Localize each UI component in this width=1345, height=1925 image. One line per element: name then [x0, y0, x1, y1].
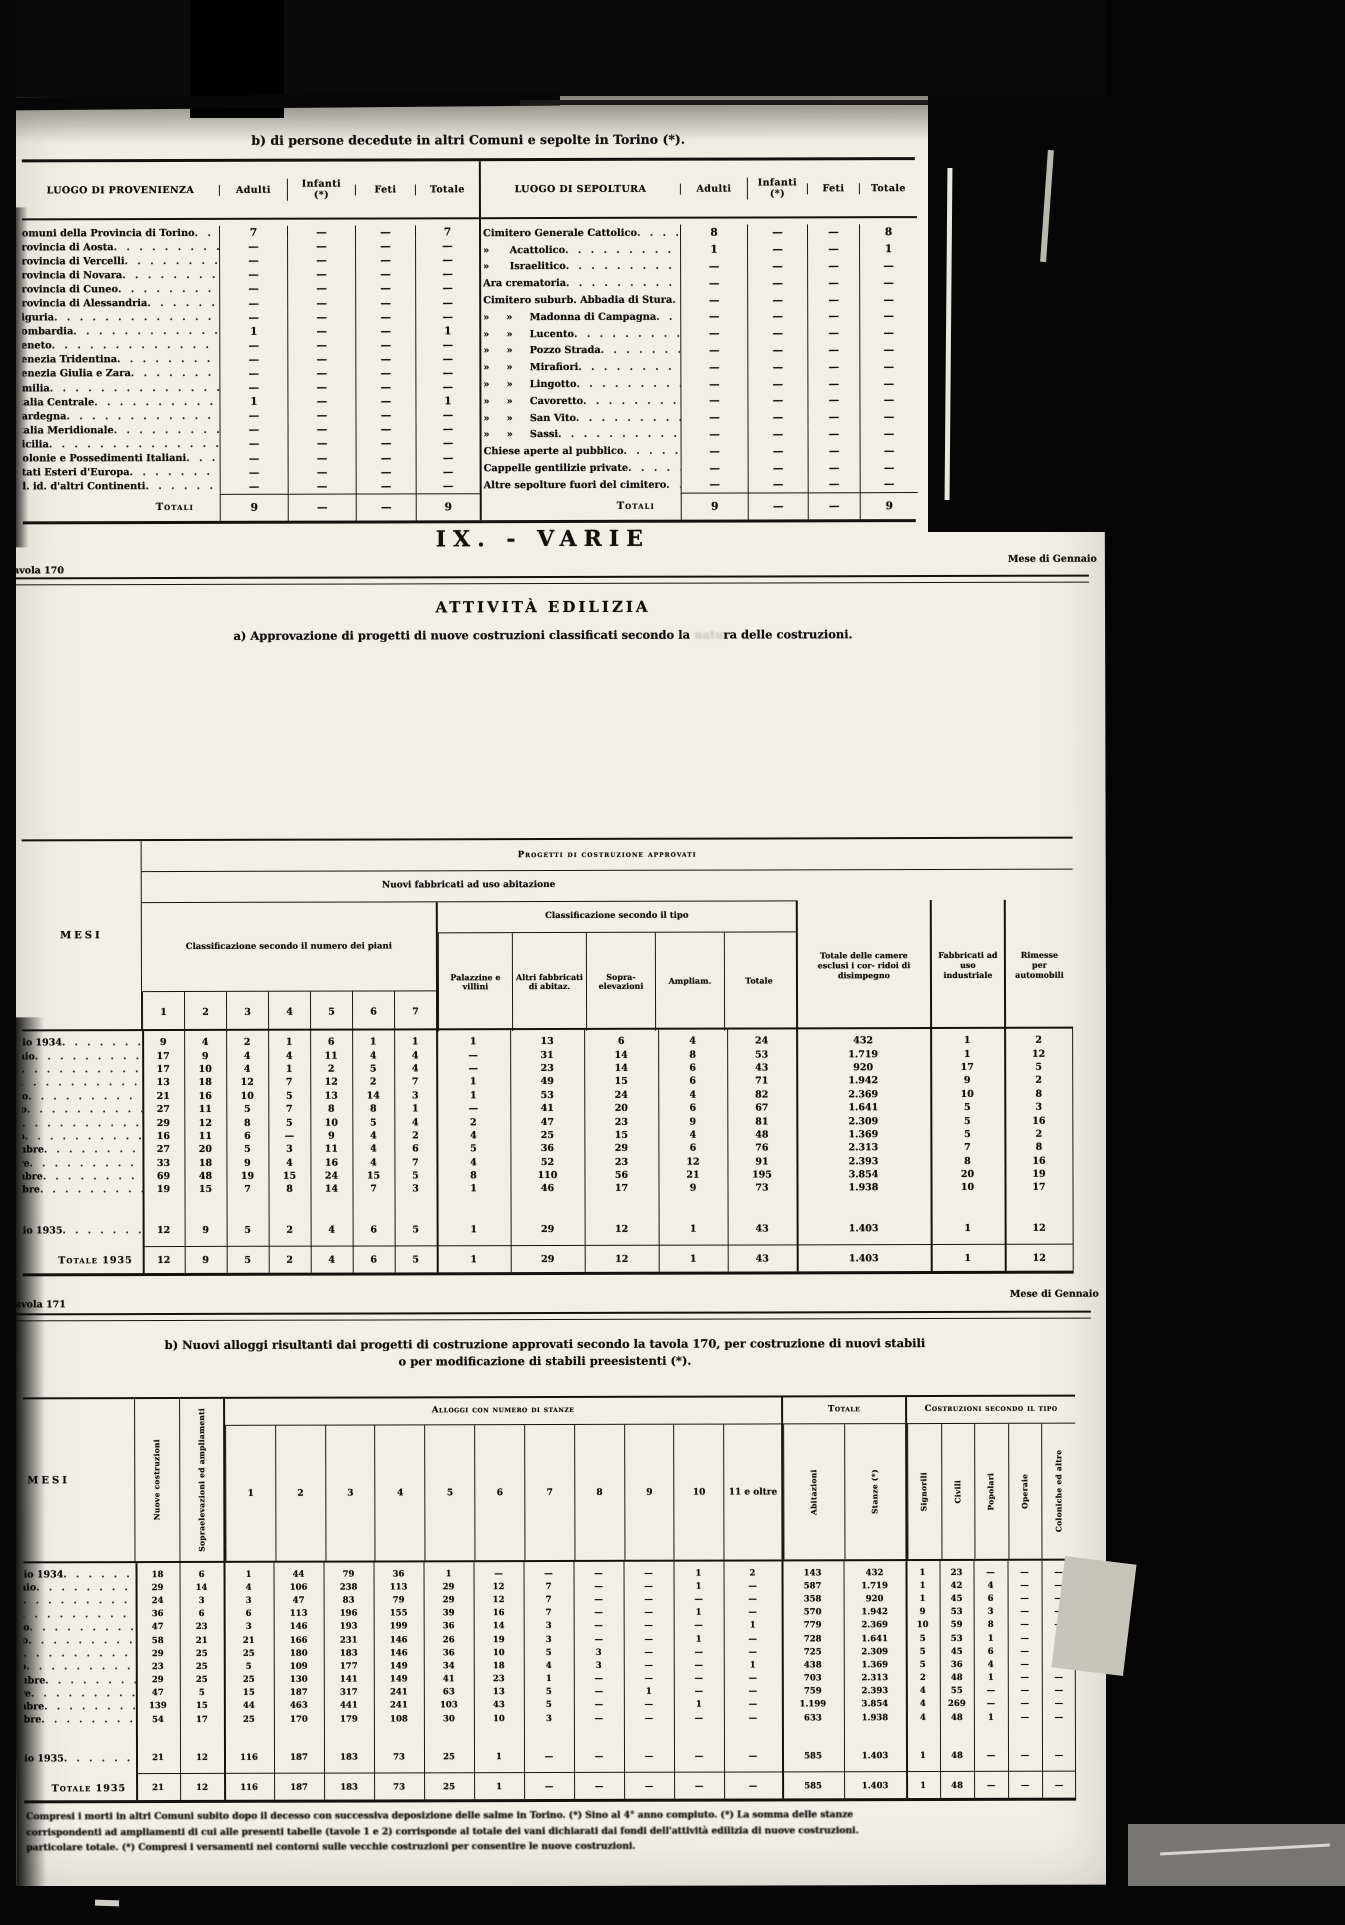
- table-cell: 9: [416, 493, 480, 521]
- month-label: Agosto: [22, 1131, 142, 1142]
- column-line: [135, 1563, 138, 1800]
- row-label: Cimitero Generale Cattolico: [481, 228, 680, 240]
- table-cell: —: [415, 296, 479, 310]
- table-row: Chiese aperte al pubblico ————: [482, 442, 918, 460]
- dot-leader: [50, 382, 220, 393]
- table-row: Provincia di Novara ————: [22, 267, 479, 282]
- table-cell: —: [219, 310, 287, 324]
- dot-leader: [28, 1091, 142, 1102]
- dot-leader: [195, 227, 219, 238]
- table-cell: —: [219, 409, 287, 423]
- dot-leader: [35, 1051, 142, 1062]
- table-cell: —: [748, 492, 808, 520]
- col-totale-camere: Totale delle camere esclusi i cor- ridoi…: [796, 900, 930, 1030]
- table-cell: —: [355, 254, 415, 268]
- table-cell: —: [807, 291, 859, 308]
- table-cell: —: [415, 366, 479, 380]
- table-row: » » Mirafiori ————: [481, 358, 917, 376]
- dot-leader: [36, 1582, 135, 1593]
- table-cell: —: [355, 324, 415, 338]
- row-label: Liguria: [22, 312, 219, 324]
- table-cell: 1: [219, 324, 287, 338]
- dot-leader: [145, 481, 219, 492]
- table-row: » Israelitico ————: [481, 258, 917, 276]
- table-cell: —: [415, 282, 479, 296]
- row-label: Stati Esteri d'Europa: [23, 467, 220, 479]
- table-cell: —: [747, 342, 807, 359]
- dot-leader: [114, 425, 220, 436]
- tavola-171-label: Tavola 171: [12, 1299, 66, 1310]
- dot-leader: [62, 1225, 142, 1236]
- column-line: [310, 1031, 312, 1273]
- row-label: » » Lucento: [481, 328, 680, 340]
- table-cell: —: [219, 282, 287, 296]
- table-cell: —: [807, 375, 859, 392]
- dot-leader: [30, 1158, 143, 1169]
- table-row: » » Madonna di Campagna ————: [481, 308, 917, 326]
- footnotes: Compresi i morti in altri Comuni subito …: [26, 1807, 1066, 1856]
- table-cell: —: [808, 476, 860, 493]
- table-cell: —: [219, 353, 287, 367]
- dot-leader: [24, 1609, 136, 1620]
- table-cell: —: [860, 459, 918, 476]
- table-row: Italia Meridionale ————: [23, 423, 480, 438]
- group-totale: Totale AbitazioniStanze (*): [781, 1397, 905, 1559]
- dot-leader: [565, 244, 680, 255]
- dot-leader: [44, 1144, 143, 1155]
- column-line: [223, 1563, 226, 1800]
- table-cell: —: [288, 465, 356, 479]
- row-label: » » Lingotto: [481, 379, 680, 391]
- dot-leader: [66, 411, 219, 422]
- table-cell: —: [355, 268, 415, 282]
- footnote-line: particolare totale. (*) Compresi i versa…: [26, 1838, 1066, 1856]
- piani-number-headers: 1234567: [142, 991, 436, 1032]
- table-cell: —: [747, 258, 807, 275]
- table-cell: —: [680, 275, 747, 292]
- table-cell: —: [807, 258, 859, 275]
- row-label: Italia Centrale: [22, 397, 219, 409]
- table-cell: —: [356, 423, 416, 437]
- col-feti: Feti: [807, 183, 859, 194]
- stanze-col-header: 7: [524, 1425, 574, 1560]
- table-cell: 1: [680, 241, 747, 258]
- dot-leader: [73, 326, 219, 337]
- table-cell: 8: [680, 225, 747, 242]
- deceduti-left-totals: Totali 9——9: [23, 493, 480, 521]
- table-cell: 7: [415, 225, 479, 239]
- table-row: Emilia ————: [22, 380, 479, 395]
- dot-leader: [125, 256, 220, 267]
- table-cell: —: [355, 366, 415, 380]
- table-cell: 1: [415, 394, 479, 408]
- table-cell: —: [355, 225, 415, 239]
- table-row: Ara crematoria ————: [481, 274, 917, 292]
- tipo-rotated-headers: SignoriliCiviliPopolariOperaieColoniche …: [907, 1424, 1075, 1559]
- scan-bottom-band: [0, 1886, 1345, 1925]
- table-row: Colonie e Possedimenti Italiani ————: [23, 451, 480, 466]
- mesi-column-header: MESI: [23, 1399, 135, 1561]
- document-page: b) di persone decedute in altri Comuni e…: [12, 95, 1109, 1888]
- dot-leader: [566, 261, 680, 272]
- table-b-column-lines: [23, 1561, 1076, 1801]
- mese-gennaio-label-2: Mese di Gennaio: [1010, 1289, 1099, 1300]
- column-line: [939, 1561, 941, 1798]
- table-row: Provincia di Aosta ————: [22, 239, 479, 254]
- row-label: Id. id. d'altri Continenti: [23, 481, 220, 493]
- table-row: » » Lucento ————: [481, 325, 917, 343]
- table-cell: —: [808, 443, 860, 460]
- table-cell: —: [681, 426, 748, 443]
- table-cell: —: [808, 426, 860, 443]
- table-row: » » Lingotto ————: [481, 375, 917, 393]
- table-cell: —: [219, 296, 287, 310]
- totali-label: Totali: [482, 501, 681, 513]
- table-row: Sicilia ————: [23, 437, 480, 452]
- table-cell: —: [859, 308, 917, 325]
- deceduti-left-body: Comuni della Provincia di Torino 7——7 Pr…: [22, 219, 480, 494]
- table-cell: —: [415, 338, 479, 352]
- row-label: » Acattolico: [481, 244, 680, 256]
- table-cell: 1: [219, 395, 287, 409]
- deceduti-title-text: b) di persone decedute in altri Comuni e…: [251, 132, 685, 148]
- dot-leader: [30, 1622, 136, 1633]
- dot-leader: [22, 1118, 142, 1129]
- row-label: Comuni della Provincia di Torino: [22, 227, 219, 239]
- table-cell: —: [356, 437, 416, 451]
- col-adulti: Adulti: [680, 183, 747, 194]
- table-cell: —: [747, 275, 807, 292]
- col-luogo-provenienza: LUOGO DI PROVENIENZA: [22, 184, 219, 196]
- table-cell: —: [680, 359, 747, 376]
- column-line: [573, 1562, 575, 1799]
- row-label: Lombardia: [22, 326, 219, 338]
- table-cell: —: [681, 443, 748, 460]
- column-line: [796, 1029, 799, 1271]
- table-cell: —: [220, 437, 288, 451]
- table-a-caption: a) Approvazione di progetti di nuove cos…: [53, 627, 1033, 644]
- tipo-col-header: Signorili: [907, 1424, 941, 1559]
- table-cell: —: [287, 352, 355, 366]
- table-cell: —: [356, 465, 416, 479]
- table-row: Comuni della Provincia di Torino 7——7: [22, 225, 479, 240]
- dot-leader: [40, 1185, 143, 1196]
- table-cell: —: [220, 423, 288, 437]
- col-rimesse-automobili: Rimesse per automobili: [1004, 900, 1073, 1030]
- table-cell: —: [859, 375, 917, 392]
- table-cell: —: [747, 392, 807, 409]
- table-cell: —: [859, 325, 917, 342]
- table-row: Stati Esteri d'Europa ————: [23, 465, 480, 480]
- table-row: Italia Centrale 1——1: [22, 394, 479, 409]
- table-cell: —: [219, 240, 287, 254]
- column-line: [781, 1561, 784, 1798]
- column-line: [727, 1030, 729, 1272]
- table-row: » » Cavoretto ————: [481, 392, 917, 410]
- table-cell: —: [287, 240, 355, 254]
- table-cell: —: [680, 409, 747, 426]
- table-cell: —: [219, 268, 287, 282]
- table-cell: —: [355, 352, 415, 366]
- stanze-col-header: 10: [674, 1425, 724, 1560]
- table-cell: —: [355, 296, 415, 310]
- stanze-col-header: 3: [325, 1425, 375, 1560]
- month-label: Aprile: [24, 1609, 136, 1620]
- table-cell: —: [807, 392, 859, 409]
- table-row: » » San Vito ————: [481, 409, 917, 427]
- piani-col-header: 3: [226, 992, 268, 1032]
- column-line: [273, 1563, 275, 1800]
- dot-leader: [147, 298, 219, 309]
- table-row: Cimitero Generale Cattolico 8——8: [481, 224, 917, 242]
- dot-leader: [54, 312, 219, 323]
- dot-leader: [578, 362, 680, 373]
- tipo-col-header: Coloniche ed altre: [1042, 1424, 1076, 1559]
- column-line: [1004, 1029, 1007, 1271]
- dot-leader: [130, 467, 220, 478]
- dot-leader: [31, 1688, 136, 1699]
- column-line: [905, 1561, 908, 1798]
- table-b-caption: b) Nuovi alloggi risultanti dai progetti…: [35, 1335, 1055, 1372]
- table-cell: —: [287, 226, 355, 240]
- group-alloggi-stanze: Alloggi con numero di stanze 12345678910…: [223, 1397, 781, 1560]
- table-cell: —: [680, 292, 747, 309]
- table-cell: —: [415, 380, 479, 394]
- table-a-header: MESI Progetti di costruzione approvati N…: [22, 839, 1073, 1032]
- row-label: Chiese aperte al pubblico: [482, 446, 681, 458]
- col-nuove-costruzioni: Nuove costruzioni: [135, 1399, 179, 1561]
- table-cell: —: [220, 465, 288, 479]
- table-cell: 1: [415, 324, 479, 338]
- scan-right-black-band: [1106, 0, 1345, 1925]
- col-fabbricati-industriali: Fabbricati ad uso industriale: [930, 900, 1004, 1030]
- table-cell: —: [219, 381, 287, 395]
- deceduti-left-half: LUOGO DI PROVENIENZA Adulti Infanti (*) …: [22, 161, 480, 521]
- table-cell: —: [287, 409, 355, 423]
- dot-leader: [118, 284, 219, 295]
- table-cell: —: [355, 338, 415, 352]
- table-row: » » Pozzo Strada ————: [481, 342, 917, 360]
- table-cell: —: [355, 395, 415, 409]
- table-row: » Acattolico 1——1: [481, 241, 917, 259]
- table-cell: —: [355, 239, 415, 253]
- table-cell: 1: [859, 241, 917, 258]
- deceduti-table: LUOGO DI PROVENIENZA Adulti Infanti (*) …: [22, 157, 916, 524]
- month-label: Dicembre: [23, 1185, 143, 1196]
- column-line: [268, 1031, 270, 1273]
- dot-leader: [186, 453, 219, 464]
- dot-leader: [628, 463, 680, 474]
- stanze-col-header: 2: [275, 1426, 325, 1561]
- piani-col-header: 6: [352, 991, 394, 1031]
- tipo-col-header: Popolari: [974, 1424, 1008, 1559]
- table-cell: —: [747, 292, 807, 309]
- scan-top-band: [0, 0, 1345, 96]
- row-label: Venezia Tridentina: [22, 354, 219, 366]
- table-cell: —: [748, 443, 808, 460]
- row-label: » » Madonna di Campagna: [481, 312, 680, 324]
- row-label: Provincia di Cuneo: [22, 284, 219, 296]
- column-line: [1041, 1561, 1043, 1798]
- stanze-col-header: 6: [474, 1425, 524, 1560]
- table-row: Lombardia 1——1: [22, 324, 479, 339]
- table-row: Veneto ————: [22, 338, 479, 353]
- table-row: Altre sepolture fuori del cimitero ————: [482, 476, 918, 493]
- table-cell: —: [680, 392, 747, 409]
- table-cell: —: [287, 395, 355, 409]
- mese-gennaio-label-1: Mese di Gennaio: [1008, 554, 1097, 565]
- month-label: Febbraio: [22, 1051, 142, 1062]
- group-tipo: Classificazione secondo il tipo Palazzin…: [436, 901, 796, 1031]
- progetti-costruzione-table: MESI Progetti di costruzione approvati N…: [22, 837, 1074, 1276]
- month-label: Ottobre: [24, 1688, 136, 1699]
- table-cell: —: [287, 366, 355, 380]
- month-label: Giugno: [22, 1104, 142, 1115]
- row-label: Ara crematoria: [481, 278, 680, 290]
- table-cell: —: [287, 268, 355, 282]
- column-line: [723, 1562, 725, 1799]
- table-row: » » Sassi ————: [482, 426, 918, 444]
- row-label: Altre sepolture fuori del cimitero: [482, 480, 681, 492]
- double-rule-1: [13, 575, 1089, 586]
- section-ix-heading: IX. - VARIE: [13, 525, 1073, 554]
- table-cell: —: [415, 408, 479, 422]
- table-cell: —: [859, 392, 917, 409]
- table-cell: —: [416, 451, 480, 465]
- table-cell: —: [808, 492, 860, 520]
- column-line: [523, 1562, 525, 1799]
- double-rule-2: [15, 1311, 1091, 1322]
- mesi-column-header: MESI: [22, 841, 142, 1029]
- totali-label: Totali: [23, 502, 220, 514]
- dot-leader: [601, 345, 681, 356]
- table-cell: —: [680, 325, 747, 342]
- dot-leader: [131, 368, 220, 379]
- table-cell: —: [287, 381, 355, 395]
- dot-leader: [94, 397, 219, 408]
- tavola-170-label: Tavola 170: [12, 565, 64, 576]
- table-cell: —: [287, 282, 355, 296]
- table-cell: —: [748, 476, 808, 493]
- table-cell: —: [415, 267, 479, 281]
- dot-leader: [62, 1037, 142, 1048]
- table-cell: 7: [219, 226, 287, 240]
- column-line: [184, 1031, 186, 1273]
- piani-col-header: 5: [310, 992, 352, 1032]
- table-cell: —: [747, 241, 807, 258]
- stanze-col-header: 1: [225, 1426, 275, 1561]
- month-label: Luglio: [24, 1648, 136, 1659]
- tipo-col-header: Ampliam.: [655, 933, 724, 1031]
- column-line: [930, 1029, 933, 1271]
- deceduti-right-half: LUOGO DI SEPOLTURA Adulti Infanti (*) Fe…: [479, 160, 918, 520]
- scan-bright-mark: [1249, 161, 1274, 218]
- column-line: [394, 1030, 396, 1272]
- dot-leader: [24, 1596, 136, 1607]
- column-line: [673, 1562, 675, 1799]
- table-cell: —: [681, 460, 748, 477]
- table-cell: —: [416, 423, 480, 437]
- table-cell: —: [680, 308, 747, 325]
- table-a-header-main: Progetti di costruzione approvati Nuovi …: [142, 839, 1073, 1029]
- table-cell: —: [859, 274, 917, 291]
- table-cell: —: [680, 258, 747, 275]
- row-label: » » San Vito: [481, 412, 680, 424]
- column-line: [623, 1562, 625, 1799]
- dot-leader: [25, 1131, 143, 1142]
- dot-leader: [28, 1635, 136, 1646]
- table-cell: —: [807, 241, 859, 258]
- column-line: [226, 1031, 228, 1273]
- nuovi-alloggi-table: MESI Nuove costruzioni Sopraelevazioni e…: [23, 1395, 1076, 1804]
- table-cell: —: [416, 437, 480, 451]
- table-row: Liguria ————: [22, 310, 479, 325]
- table-cell: —: [288, 423, 356, 437]
- column-line: [658, 1030, 660, 1272]
- row-label: Sardegna: [22, 411, 219, 423]
- row-label: Provincia di Aosta: [22, 242, 219, 254]
- stanze-col-header: 5: [424, 1425, 474, 1560]
- table-cell: —: [416, 479, 480, 493]
- table-cell: —: [415, 253, 479, 267]
- table-cell: —: [287, 310, 355, 324]
- table-cell: —: [747, 359, 807, 376]
- table-cell: —: [356, 479, 416, 493]
- table-b-body: Gennaio 1934 18614479361————12143432123—…: [23, 1561, 1076, 1801]
- scanned-document-stage: b) di persone decedute in altri Comuni e…: [0, 0, 1345, 1925]
- damaged-text: natu: [694, 628, 724, 642]
- dot-leader: [52, 340, 220, 351]
- table-cell: —: [287, 324, 355, 338]
- column-line: [1074, 1561, 1076, 1798]
- table-row: Cimitero suburb. Abbadia di Stura ————: [481, 291, 917, 309]
- row-label: Italia Meridionale: [23, 425, 220, 437]
- table-row: Venezia Giulia e Zara ————: [22, 366, 479, 381]
- month-label: Maggio: [22, 1091, 142, 1102]
- row-label: » » Pozzo Strada: [481, 345, 680, 357]
- tipo-col-header: Altri fabbricati di abitaz.: [512, 933, 586, 1031]
- dot-leader: [583, 396, 680, 407]
- table-cell: —: [415, 352, 479, 366]
- dot-leader: [672, 295, 680, 306]
- table-cell: —: [287, 296, 355, 310]
- month-label: Marzo: [24, 1596, 136, 1607]
- dot-leader: [63, 1569, 135, 1580]
- table-cell: —: [355, 409, 415, 423]
- table-row: Provincia di Alessandria ————: [22, 296, 479, 311]
- dot-leader: [656, 312, 680, 323]
- table-cell: —: [681, 476, 748, 493]
- dot-leader: [27, 1104, 143, 1115]
- table-cell: —: [748, 460, 808, 477]
- month-label: Ottobre: [22, 1158, 142, 1169]
- table-cell: —: [416, 465, 480, 479]
- table-cell: 8: [859, 224, 917, 241]
- dot-leader: [43, 1171, 143, 1182]
- row-label: » » Mirafiori: [481, 362, 680, 374]
- column-line: [584, 1030, 586, 1272]
- totale-col-header: Stanze (*): [844, 1424, 905, 1559]
- deceduti-table-title: b) di persone decedute in altri Comuni e…: [22, 131, 915, 148]
- stanze-col-header: 11 e oltre: [723, 1424, 781, 1559]
- deceduti-right-totals: Totali 9——9: [482, 492, 918, 520]
- row-label: Provincia di Novara: [22, 270, 219, 282]
- table-row: Venezia Tridentina ————: [22, 352, 479, 367]
- col-totale: Totale: [415, 184, 479, 195]
- table-cell: —: [807, 359, 859, 376]
- deceduti-right-header: LUOGO DI SEPOLTURA Adulti Infanti (*) Fe…: [481, 160, 917, 219]
- column-line: [436, 1030, 439, 1272]
